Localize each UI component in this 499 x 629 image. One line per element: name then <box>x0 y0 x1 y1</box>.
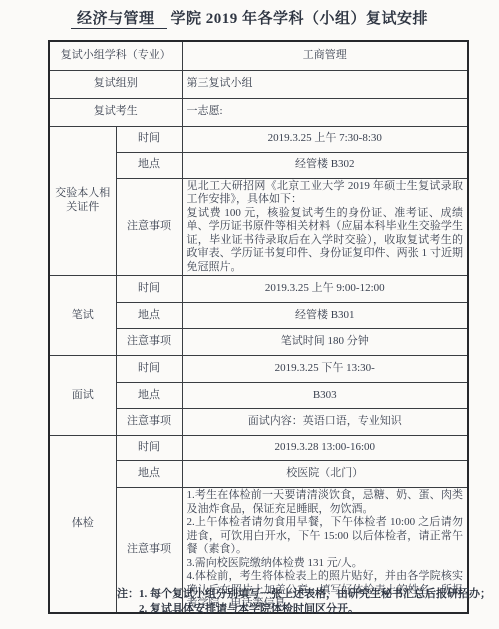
written-exam-place-value: 经管楼 B301 <box>182 303 468 329</box>
subject-label-cell: 复试小组学科（专业） <box>49 41 182 70</box>
written-exam-notes-value: 笔试时间 180 分钟 <box>182 329 468 356</box>
time-label-cell: 时间 <box>116 126 182 152</box>
title-underlined-segment: 经济与管理 <box>71 11 167 29</box>
footnote-item-1: 1. 每个复试小组分别填写一张上述表格，由研究生秘书汇总后报研招办； <box>139 587 491 602</box>
place-label-cell: 地点 <box>116 152 182 178</box>
time-label-cell: 时间 <box>116 436 182 461</box>
footnote-prefix: 注： <box>117 587 139 617</box>
interview-notes-value: 面试内容：英语口语，专业知识 <box>182 409 468 436</box>
table-row: 复试组别 第三复试小组 <box>49 70 468 98</box>
group-value-cell: 第三复试小组 <box>182 70 468 98</box>
notes-paragraph: 1.考生在体检前一天要请清淡饮食，忌糖、奶、蛋、肉类及油炸食品，保证充足睡眠，勿… <box>187 489 464 516</box>
section-name-interview: 面试 <box>49 356 116 436</box>
review-schedule-table: 复试小组学科（专业） 工商管理 复试组别 第三复试小组 复试考生 一志愿: 交验… <box>48 40 469 614</box>
notes-paragraph: 复试费 100 元，核验复试考生的身份证、准考证、成绩单、学历证书原件等相关材料… <box>187 207 464 275</box>
written-exam-time-value: 2019.3.25 上午 9:00-12:00 <box>182 276 468 303</box>
interview-place-value: B303 <box>182 383 468 409</box>
credentials-place-value: 经管楼 B302 <box>182 152 468 178</box>
candidates-label-cell: 复试考生 <box>49 98 182 126</box>
candidates-value-cell: 一志愿: <box>182 98 468 126</box>
footnote: 注： 1. 每个复试小组分别填写一张上述表格，由研究生秘书汇总后报研招办； 2.… <box>117 587 491 617</box>
notes-paragraph: 见北工大研招网《北京工业大学 2019 年硕士生复试录取工作安排》，具体如下： <box>187 180 464 207</box>
physical-exam-time-value: 2019.3.28 13:00-16:00 <box>182 436 468 461</box>
notes-label-cell: 注意事项 <box>116 409 182 436</box>
table-row: 体检 时间 2019.3.28 13:00-16:00 <box>49 436 468 461</box>
document-page: 经济与管理学院 2019 年各学科（小组）复试安排 复试小组学科（专业） 工商管… <box>0 0 499 629</box>
table-row: 交验本人相关证件 时间 2019.3.25 上午 7:30-8:30 <box>49 126 468 152</box>
group-label-cell: 复试组别 <box>49 70 182 98</box>
place-label-cell: 地点 <box>116 461 182 488</box>
section-name-physical-exam: 体检 <box>49 436 116 613</box>
place-label-cell: 地点 <box>116 303 182 329</box>
time-label-cell: 时间 <box>116 356 182 383</box>
interview-time-value: 2019.3.25 下午 13:30- <box>182 356 468 383</box>
section-name-credentials: 交验本人相关证件 <box>49 126 116 276</box>
table-row: 复试考生 一志愿: <box>49 98 468 126</box>
notes-paragraph: 2.上午体检者请勿食用早餐，下午体检者 10:00 之后请勿进食，可饮用白开水，… <box>187 516 464 557</box>
table-row: 笔试 时间 2019.3.25 上午 9:00-12:00 <box>49 276 468 303</box>
credentials-notes-value: 见北工大研招网《北京工业大学 2019 年硕士生复试录取工作安排》，具体如下： … <box>182 178 468 276</box>
footnote-item-2: 2. 复试具体安排请与本学院体检时间区分开。 <box>139 602 491 617</box>
physical-exam-place-value: 校医院（北门） <box>182 461 468 488</box>
page-title: 经济与管理学院 2019 年各学科（小组）复试安排 <box>0 7 499 28</box>
table-row: 复试小组学科（专业） 工商管理 <box>49 41 468 70</box>
notes-paragraph: 3.需向校医院缴纳体检费 131 元/人。 <box>187 557 464 571</box>
notes-label-cell: 注意事项 <box>116 329 182 356</box>
section-name-written-exam: 笔试 <box>49 276 116 356</box>
table-row: 面试 时间 2019.3.25 下午 13:30- <box>49 356 468 383</box>
credentials-time-value: 2019.3.25 上午 7:30-8:30 <box>182 126 468 152</box>
subject-value-cell: 工商管理 <box>182 41 468 70</box>
notes-label-cell: 注意事项 <box>116 178 182 276</box>
title-rest-segment: 学院 2019 年各学科（小组）复试安排 <box>167 11 429 27</box>
place-label-cell: 地点 <box>116 383 182 409</box>
time-label-cell: 时间 <box>116 276 182 303</box>
